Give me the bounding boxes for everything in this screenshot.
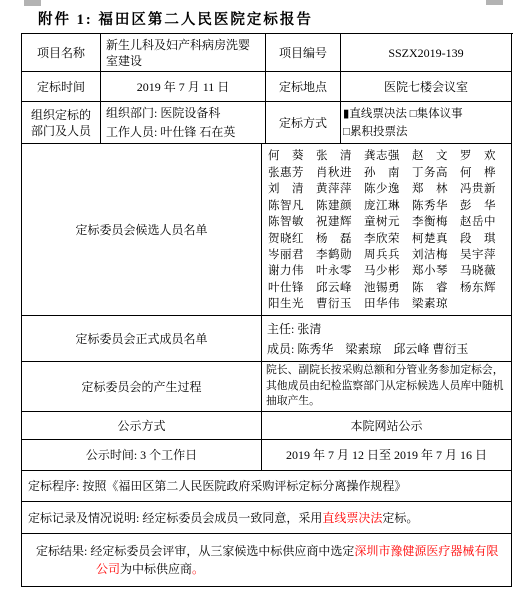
row-result: 定标结果: 经定标委员会评审，从三家候选中标供应商中选定深圳市豫健源医疗器械有限… [22, 534, 512, 587]
screen-artifact-right [486, 0, 503, 5]
candidate-row: 阳生光 曹衍玉 田华伟 梁素琼 [268, 296, 448, 312]
project-name-value: 新生儿科及妇产科病房洗婴室建设 [101, 34, 266, 72]
candidates-label: 定标委员会候选人员名单 [22, 144, 262, 316]
candidates-list: 何 葵 张 清 龚志强 赵 文 罗 欢 张惠芳 肖秋进 孙 南 丁务高 何 桦 … [262, 144, 512, 316]
result-end-mark: 。 [192, 562, 204, 576]
organizer-label-line1: 组织定标的 [31, 107, 91, 123]
candidate-row: 何 葵 张 清 龚志强 赵 文 罗 欢 [268, 148, 496, 164]
bid-time-label: 定标时间 [22, 72, 101, 102]
row-record: 定标记录及情况说明: 经定标委员会成员一致同意，采用直线票决法定标。 [22, 502, 512, 534]
members-director-line: 主任: 张清 [267, 319, 321, 339]
project-number-label: 项目编号 [266, 34, 341, 72]
result-cell: 定标结果: 经定标委员会评审，从三家候选中标供应商中选定深圳市豫健源医疗器械有限… [22, 534, 512, 587]
record-highlight: 直线票决法 [322, 511, 382, 525]
members-list: 主任: 张清 成员: 陈秀华 梁素琼 邱云峰 曹衍玉 [262, 316, 512, 362]
members-members-line: 成员: 陈秀华 梁素琼 邱云峰 曹衍玉 [267, 339, 468, 359]
result-text: 定标结果: 经定标委员会评审，从三家候选中标供应商中选定深圳市豫健源医疗器械有限… [28, 542, 505, 578]
row-procedure: 定标程序: 按照《福田区第二人民医院政府采购评标定标分离操作规程》 [22, 471, 512, 502]
organizer-staff-line: 工作人员: 叶仕锋 石在英 [106, 123, 235, 142]
record-suffix: 定标。 [382, 511, 418, 525]
record-prefix: 定标记录及情况说明: 经定标委员会成员一致同意，采用 [28, 511, 322, 525]
row-time-place: 定标时间 2019 年 7 月 11 日 定标地点 医院七楼会议室 [22, 72, 512, 102]
candidate-row: 陈智敏 祝建辉 童树元 李衡梅 赵岳中 [268, 214, 496, 230]
publicity-time-value: 2019 年 7 月 12 日至 2019 年 7 月 16 日 [262, 440, 512, 471]
bid-report-table: 项目名称 新生儿科及妇产科病房洗婴室建设 项目编号 SSZX2019-139 定… [21, 33, 513, 587]
screen-artifact-left [24, 0, 41, 6]
candidate-row: 贺晓红 杨 磊 李欣荣 柯楚真 段 琪 [268, 231, 496, 247]
publicity-method-label: 公示方式 [22, 412, 262, 440]
method-label: 定标方式 [266, 102, 341, 144]
process-label: 定标委员会的产生过程 [22, 362, 262, 412]
row-members: 定标委员会正式成员名单 主任: 张清 成员: 陈秀华 梁素琼 邱云峰 曹衍玉 [22, 316, 512, 362]
bid-place-label: 定标地点 [266, 72, 341, 102]
bid-time-value: 2019 年 7 月 11 日 [101, 72, 266, 102]
candidate-row: 谢力伟 叶永零 马少彬 郑小琴 马晓薇 [268, 263, 496, 279]
record-text: 定标记录及情况说明: 经定标委员会成员一致同意，采用直线票决法定标。 [28, 509, 418, 527]
row-publicity-time: 公示时间: 3 个工作日 2019 年 7 月 12 日至 2019 年 7 月… [22, 440, 512, 471]
page-title: 附件 1: 福田区第二人民医院定标报告 [38, 8, 313, 29]
procedure-text: 定标程序: 按照《福田区第二人民医院政府采购评标定标分离操作规程》 [22, 471, 512, 502]
method-option-line1: ▮直线票决法 □集体议事 [343, 105, 463, 123]
members-label: 定标委员会正式成员名单 [22, 316, 262, 362]
process-text: 院长、副院长按采购总额和分管业务参加定标会，其他成员由纪检监察部门从定标候选人员… [262, 362, 512, 412]
result-prefix: 定标结果: 经定标委员会评审，从三家候选中标供应商中选定 [36, 544, 354, 558]
publicity-time-label: 公示时间: 3 个工作日 [22, 440, 262, 471]
row-project: 项目名称 新生儿科及妇产科病房洗婴室建设 项目编号 SSZX2019-139 [22, 34, 512, 72]
organizer-dept-line: 组织部门: 医院设备科 [106, 104, 220, 123]
organizer-value: 组织部门: 医院设备科 工作人员: 叶仕锋 石在英 [101, 102, 266, 144]
row-organizer-method: 组织定标的 部门及人员 组织部门: 医院设备科 工作人员: 叶仕锋 石在英 定标… [22, 102, 512, 144]
candidate-row: 张惠芳 肖秋进 孙 南 丁务高 何 桦 [268, 165, 496, 181]
row-candidates: 定标委员会候选人员名单 何 葵 张 清 龚志强 赵 文 罗 欢 张惠芳 肖秋进 … [22, 144, 512, 316]
row-publicity-method: 公示方式 本院网站公示 [22, 412, 512, 440]
project-name-label: 项目名称 [22, 34, 101, 72]
candidate-row: 岑丽君 李鹤勋 周兵兵 刘洁梅 吴宇萍 [268, 247, 496, 263]
method-options: ▮直线票决法 □集体议事 □累积投票法 [341, 102, 512, 144]
record-cell: 定标记录及情况说明: 经定标委员会成员一致同意，采用直线票决法定标。 [22, 502, 512, 534]
method-option-line2: □累积投票法 [343, 123, 407, 141]
document-page: 附件 1: 福田区第二人民医院定标报告 项目名称 新生儿科及妇产科病房洗婴室建设… [0, 0, 532, 596]
organizer-label: 组织定标的 部门及人员 [22, 102, 101, 144]
publicity-method-value: 本院网站公示 [262, 412, 512, 440]
candidate-row: 叶仕锋 邱云峰 池锡勇 陈 睿 杨东辉 [268, 280, 496, 296]
candidate-row: 陈智凡 陈建颜 庞江琳 陈秀华 彭 华 [268, 198, 496, 214]
result-mid: 为中标供应商 [120, 562, 192, 576]
bid-place-value: 医院七楼会议室 [341, 72, 512, 102]
project-number-value: SSZX2019-139 [341, 34, 512, 72]
candidate-row: 刘 清 黄萍萍 陈少逸 郑 林 冯贵新 [268, 181, 496, 197]
row-process: 定标委员会的产生过程 院长、副院长按采购总额和分管业务参加定标会，其他成员由纪检… [22, 362, 512, 412]
organizer-label-line2: 部门及人员 [31, 123, 91, 139]
